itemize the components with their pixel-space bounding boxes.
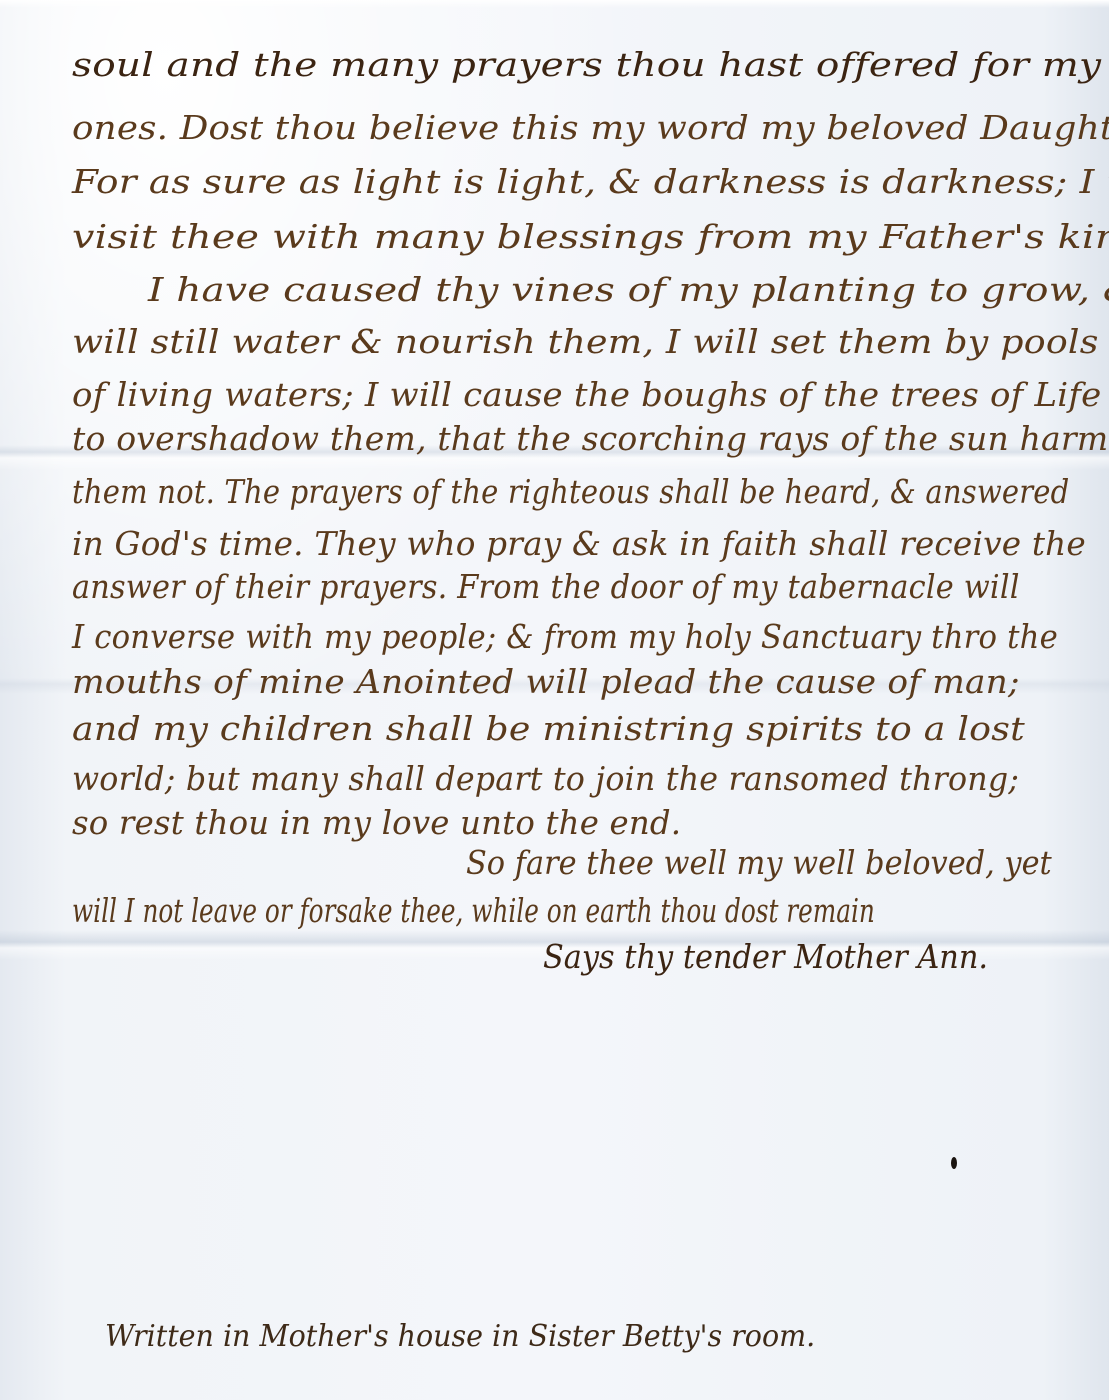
body-line-7: of living waters; I will cause the bough…: [72, 378, 1101, 411]
letter-page: soul and the many prayers thou hast offe…: [0, 0, 1109, 1400]
footer-note: Written in Mother's house in Sister Bett…: [105, 1322, 815, 1352]
body-line-15: world; but many shall depart to join the…: [72, 762, 1019, 795]
body-line-13: mouths of mine Anointed will plead the c…: [72, 665, 1020, 698]
body-line-2: ones. Dost thou believe this my word my …: [72, 111, 1109, 144]
body-line-12: I converse with my people; & from my hol…: [72, 620, 1058, 653]
body-line-5: I have caused thy vines of my planting t…: [148, 273, 1109, 306]
body-line-1: soul and the many prayers thou hast offe…: [72, 48, 1109, 81]
letter-body: soul and the many prayers thou hast offe…: [0, 0, 1109, 1400]
body-line-3: For as sure as light is light, & darknes…: [72, 165, 1109, 198]
body-line-16: so rest thou in my love unto the end.: [72, 806, 681, 839]
closing-line-1: So fare thee well my well beloved, yet: [466, 846, 1052, 879]
body-line-11: answer of their prayers. From the door o…: [72, 570, 1020, 603]
body-line-9: them not. The prayers of the righteous s…: [72, 475, 1069, 508]
body-line-14: and my children shall be ministring spir…: [72, 712, 1025, 745]
body-line-4: visit thee with many blessings from my F…: [72, 220, 1109, 253]
body-line-10: in God's time. They who pray & ask in fa…: [72, 527, 1086, 560]
body-line-8: to overshadow them, that the scorching r…: [72, 422, 1108, 455]
closing-line-2: will I not leave or forsake thee, while …: [72, 894, 875, 927]
signature: Says thy tender Mother Ann.: [543, 940, 988, 973]
ink-spot: [951, 1157, 957, 1169]
body-line-6: will still water & nourish them, I will …: [72, 325, 1099, 358]
